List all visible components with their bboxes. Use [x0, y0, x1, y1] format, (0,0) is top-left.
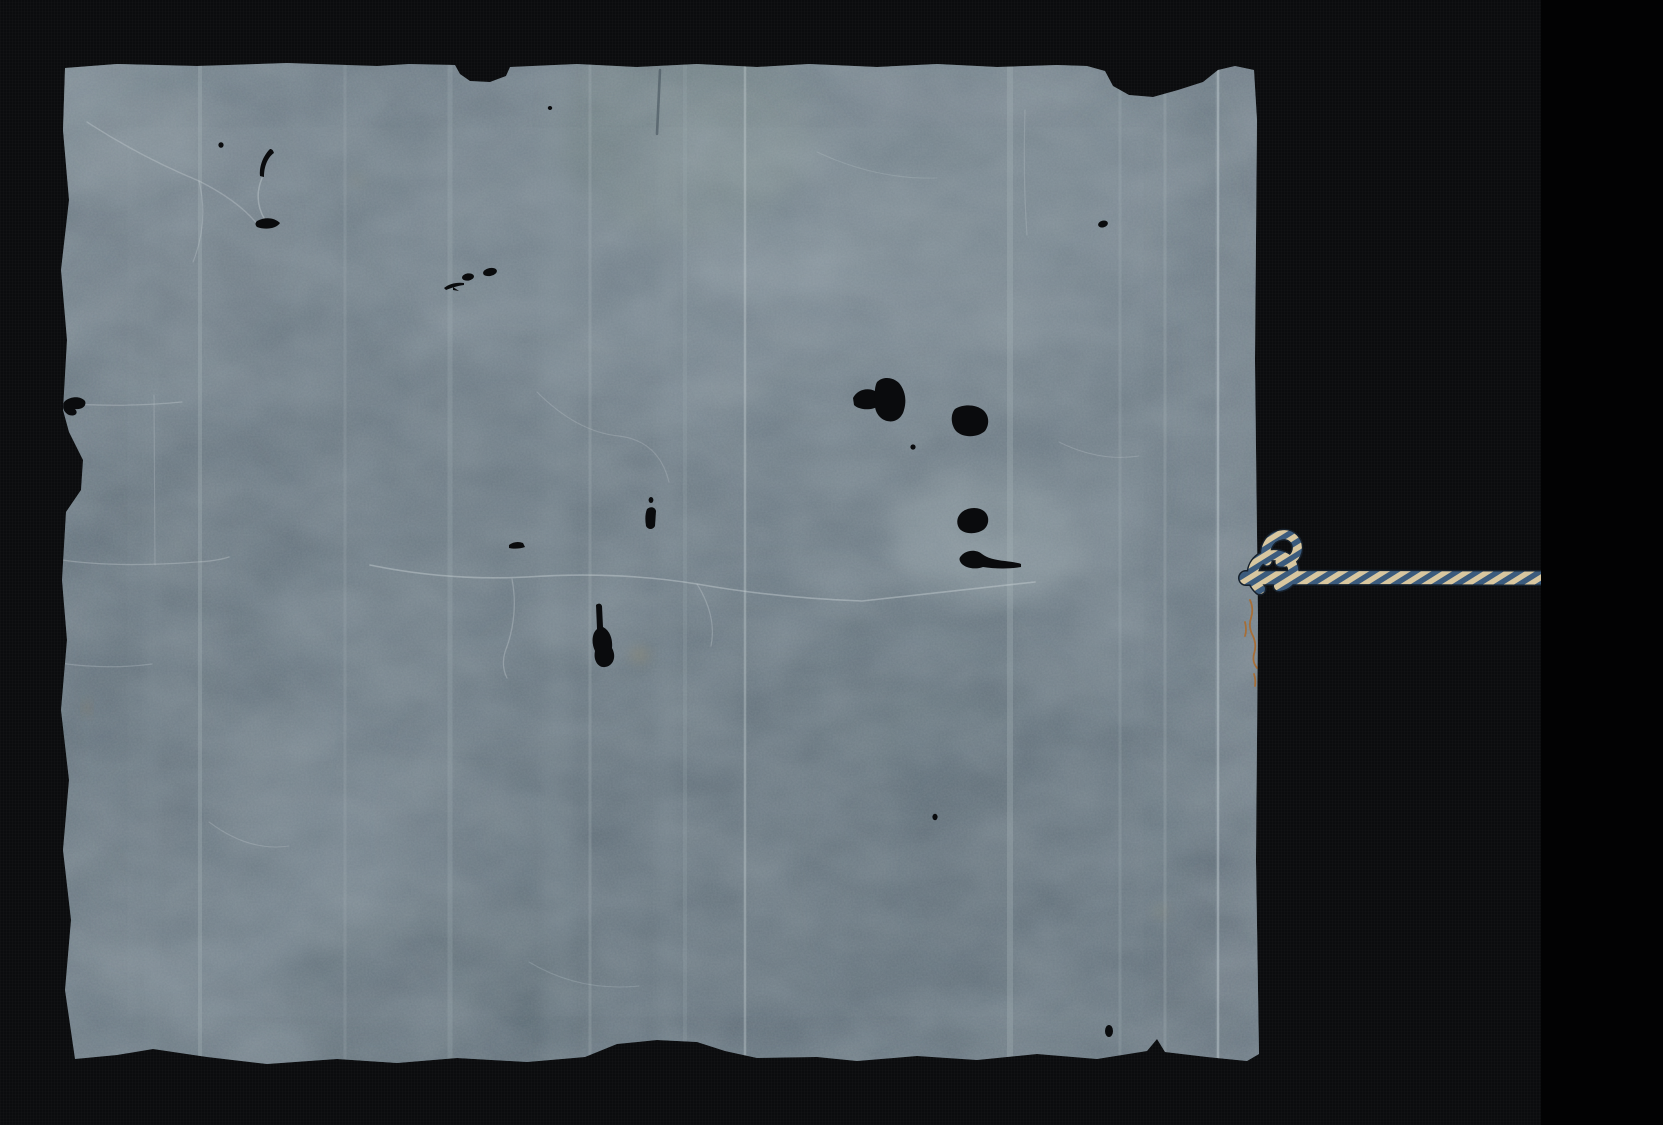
stain — [630, 647, 650, 663]
stain — [351, 175, 363, 185]
worm-hole — [645, 507, 656, 529]
faded-ink-mark — [1245, 622, 1246, 636]
cord-edge — [1266, 535, 1298, 562]
fold-streak — [1119, 60, 1122, 1070]
fold-streak — [344, 60, 347, 1070]
fold-streak — [1164, 60, 1167, 1070]
fold-streak — [744, 60, 747, 1070]
worm-hole — [932, 814, 937, 820]
fold-streak — [589, 60, 592, 1070]
fold-streak — [543, 60, 571, 1070]
stain — [84, 702, 90, 714]
stain — [1154, 907, 1168, 917]
cord-strand — [1266, 535, 1298, 562]
paper-surface — [57, 60, 1263, 1070]
photo-scan: { "meta": { "content_type": "photograph-… — [0, 0, 1663, 1125]
fold-streak — [198, 60, 202, 1070]
worm-hole — [57, 435, 70, 448]
fold-streak — [448, 60, 453, 1070]
worm-hole — [548, 106, 552, 110]
worm-hole — [910, 444, 915, 449]
worm-hole — [218, 142, 223, 148]
scanner-void — [1541, 0, 1663, 1125]
book-cover — [57, 60, 1263, 1070]
fold-streak — [1217, 60, 1220, 1070]
scan-background — [0, 0, 1663, 1125]
worm-hole — [1105, 1025, 1113, 1037]
worm-hole — [649, 497, 654, 503]
fold-streak — [658, 60, 676, 1070]
fold-streak — [683, 60, 687, 1070]
worm-hole — [952, 405, 988, 436]
